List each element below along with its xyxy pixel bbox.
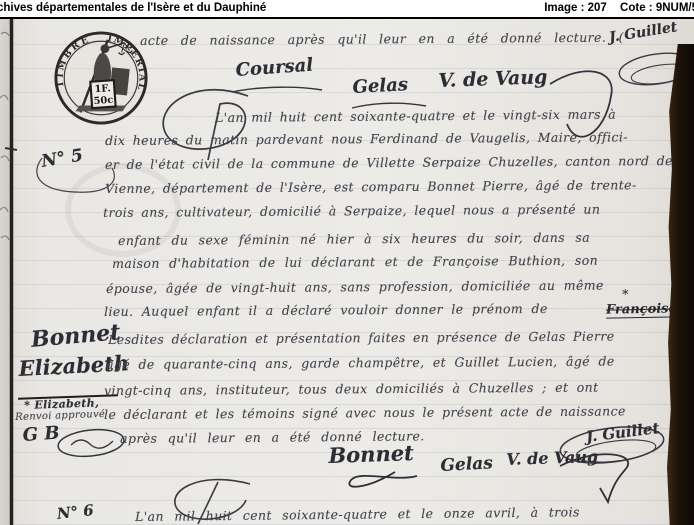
margin-next-act-number: N° 6	[56, 501, 95, 523]
header-bar: chives départementales de l'Isère et du …	[0, 0, 694, 19]
image-number-label: Image : 207	[544, 2, 607, 14]
act-signature-gelas: Gelas	[440, 453, 493, 476]
bonnet-paraph-icon	[335, 468, 425, 494]
act-line: lieu. Auquel enfant il a déclaré vouloir…	[104, 301, 548, 319]
prev-act-signature-mayor: V. de Vaug	[438, 66, 548, 92]
archive-viewer: TIMBRE IMPERIAL 1F. 50c acte de naissanc…	[0, 0, 694, 525]
binding-fold-line	[10, 19, 13, 525]
timbre-imperial-stamp-icon: TIMBRE IMPERIAL 1F. 50c	[52, 29, 150, 127]
margin-paraph-oval-icon	[55, 427, 127, 459]
edge-text-fragments-icon	[0, 28, 10, 248]
stamp-value-bottom: 50c	[93, 95, 113, 107]
archive-title: chives départementales de l'Isère et du …	[0, 2, 266, 14]
act-signature-mayor: V. de Vaug	[506, 447, 598, 469]
image-cote-labels: Image : 207 Cote : 9NUM/5	[534, 2, 694, 14]
renvoi-asterisk: *	[622, 288, 629, 303]
margin-initials: G B	[22, 422, 60, 446]
stamp-value-top: 1F.	[94, 83, 111, 95]
act-signature-bonnet: Bonnet	[328, 440, 414, 468]
prev-act-signature-gelas: Gelas	[352, 74, 408, 98]
struck-first-name: Françoise	[606, 301, 677, 318]
cote-label: Cote : 9NUM/5	[620, 2, 694, 14]
